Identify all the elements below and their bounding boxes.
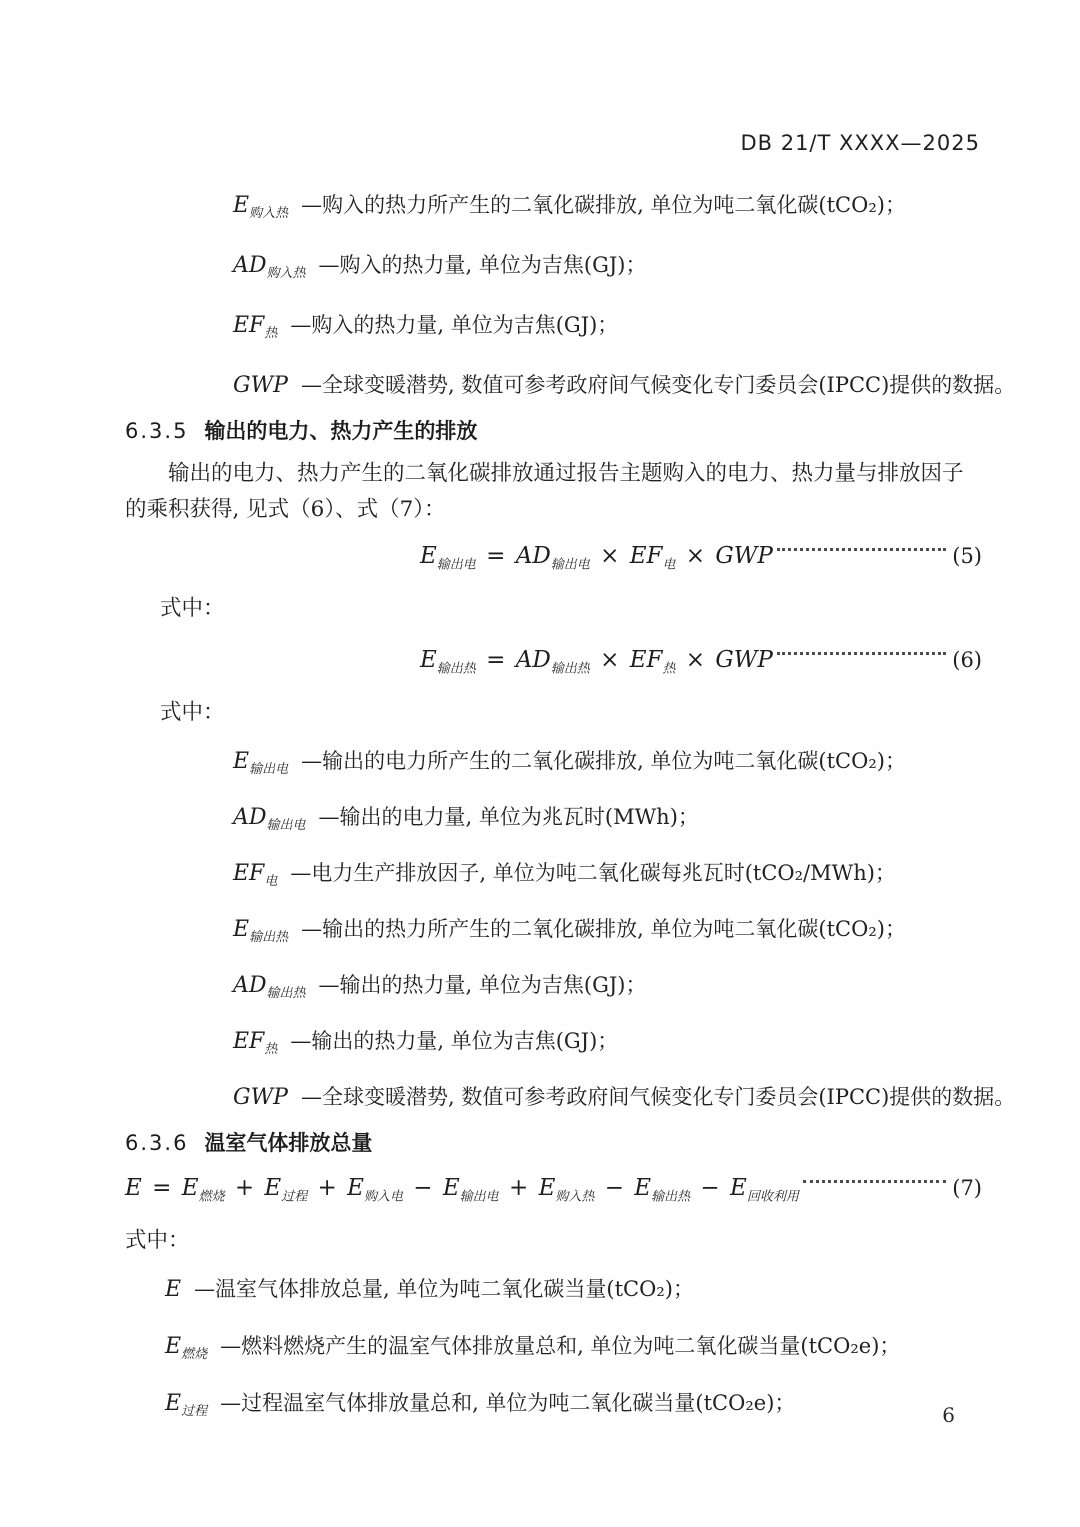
definition-subscript: 热 xyxy=(264,1042,277,1057)
formula-variable: E xyxy=(634,1175,651,1201)
definition-variable: E xyxy=(165,1391,181,1416)
definition-row: GWP—全球变暖潜势, 数值可参考政府间气候变化专门委员会(IPCC)提供的数据… xyxy=(125,368,982,402)
definition-text: —购入的热力量, 单位为吉焦(GJ)； xyxy=(319,253,647,277)
formula-6-number: (6) xyxy=(952,648,982,672)
definition-variable: E xyxy=(233,193,249,218)
definition-row: GWP—全球变暖潜势, 数值可参考政府间气候变化专门委员会(IPCC)提供的数据… xyxy=(125,1080,982,1114)
formula-variable: E xyxy=(420,543,437,569)
definition-subscript: 热 xyxy=(264,326,277,341)
section-title: 温室气体排放总量 xyxy=(204,1131,372,1155)
formula-operator: = xyxy=(476,647,516,673)
formula-operator: × xyxy=(590,647,630,673)
doc-code-header: DB 21/T XXXX—2025 xyxy=(740,131,980,155)
formula-operator: = xyxy=(142,1175,182,1201)
formula-operator: + xyxy=(225,1175,265,1201)
definition-row: E输出电—输出的电力所产生的二氧化碳排放, 单位为吨二氧化碳(tCO₂)； xyxy=(125,744,982,778)
formula-5-expression: E输出电 = AD输出电 × EF电 × GWP xyxy=(420,543,773,569)
definition-variable: EF xyxy=(233,861,264,886)
formula-subscript: 购入热 xyxy=(555,1190,594,1205)
definition-variable: AD xyxy=(233,253,267,278)
formula-operator: + xyxy=(307,1175,347,1201)
definition-text: —燃料燃烧产生的温室气体排放量总和, 单位为吨二氧化碳当量(tCO₂e)； xyxy=(220,1334,900,1358)
definition-variable: GWP xyxy=(233,1085,288,1110)
formula-variable: E xyxy=(420,647,437,673)
definition-variable: E xyxy=(233,749,249,774)
definition-subscript: 购入热 xyxy=(267,266,306,281)
section-heading-6-3-5: 6.3.5输出的电力、热力产生的排放 xyxy=(125,416,982,446)
definition-row: AD购入热—购入的热力量, 单位为吉焦(GJ)； xyxy=(125,248,982,282)
formula-variable: EF xyxy=(630,647,663,673)
formula-subscript: 热 xyxy=(662,662,675,677)
definition-variable: EF xyxy=(233,313,264,338)
definition-subscript: 燃烧 xyxy=(181,1347,207,1362)
formula-intro-label: 式中： xyxy=(125,698,982,728)
definition-subscript: 过程 xyxy=(181,1404,207,1419)
definition-text: —输出的热力量, 单位为吉焦(GJ)； xyxy=(290,1029,618,1053)
definition-variable: EF xyxy=(233,1029,264,1054)
formula-variable: E xyxy=(347,1175,364,1201)
definition-block-total: E—温室气体排放总量, 单位为吨二氧化碳当量(tCO₂)；E燃烧—燃料燃烧产生的… xyxy=(125,1272,982,1420)
formula-subscript: 过程 xyxy=(281,1190,307,1205)
formula-variable: E xyxy=(125,1175,142,1201)
definition-text: —温室气体排放总量, 单位为吨二氧化碳当量(tCO₂)； xyxy=(194,1277,694,1301)
formula-variable: E xyxy=(730,1175,747,1201)
section-number: 6.3.6 xyxy=(125,1131,188,1155)
definition-row: E购入热—购入的热力所产生的二氧化碳排放, 单位为吨二氧化碳(tCO₂)； xyxy=(125,188,982,222)
definition-subscript: 购入热 xyxy=(249,206,288,221)
formula-7-number: (7) xyxy=(952,1176,982,1200)
definition-row: E—温室气体排放总量, 单位为吨二氧化碳当量(tCO₂)； xyxy=(125,1272,982,1306)
definition-text: —全球变暖潜势, 数值可参考政府间气候变化专门委员会(IPCC)提供的数据。 xyxy=(301,1085,1015,1109)
section-number: 6.3.5 xyxy=(125,419,188,443)
formula-intro-label: 式中： xyxy=(125,594,982,624)
formula-5-number: (5) xyxy=(952,544,982,568)
definition-row: AD输出电—输出的电力量, 单位为兆瓦时(MWh)； xyxy=(125,800,982,834)
formula-subscript: 输出电 xyxy=(460,1190,499,1205)
definition-variable: E xyxy=(233,917,249,942)
formula-operator: − xyxy=(403,1175,443,1201)
definition-text: —购入的热力所产生的二氧化碳排放, 单位为吨二氧化碳(tCO₂)； xyxy=(301,193,906,217)
definition-row: E燃烧—燃料燃烧产生的温室气体排放量总和, 单位为吨二氧化碳当量(tCO₂e)； xyxy=(125,1329,982,1363)
definition-row: EF热—输出的热力量, 单位为吉焦(GJ)； xyxy=(125,1024,982,1058)
definition-row: AD输出热—输出的热力量, 单位为吉焦(GJ)； xyxy=(125,968,982,1002)
definition-row: EF电—电力生产排放因子, 单位为吨二氧化碳每兆瓦时(tCO₂/MWh)； xyxy=(125,856,982,890)
definition-variable: AD xyxy=(233,805,267,830)
formula-variable: E xyxy=(539,1175,556,1201)
definition-text: —电力生产排放因子, 单位为吨二氧化碳每兆瓦时(tCO₂/MWh)； xyxy=(290,861,896,885)
definition-block-purchased-heat: E购入热—购入的热力所产生的二氧化碳排放, 单位为吨二氧化碳(tCO₂)；AD购… xyxy=(125,188,982,402)
definition-text: —过程温室气体排放量总和, 单位为吨二氧化碳当量(tCO₂e)； xyxy=(220,1391,795,1415)
definition-variable: E xyxy=(165,1277,181,1302)
formula-operator: = xyxy=(476,543,516,569)
dotted-leader xyxy=(777,548,946,551)
formula-operator: × xyxy=(675,647,715,673)
definition-text: —输出的电力量, 单位为兆瓦时(MWh)； xyxy=(319,805,699,829)
section-heading-6-3-6: 6.3.6温室气体排放总量 xyxy=(125,1128,982,1158)
definition-subscript: 输出电 xyxy=(267,818,306,833)
formula-operator: − xyxy=(690,1175,730,1201)
formula-operator: × xyxy=(675,543,715,569)
formula-subscript: 回收利用 xyxy=(747,1190,799,1205)
definition-block-output: E输出电—输出的电力所产生的二氧化碳排放, 单位为吨二氧化碳(tCO₂)；AD输… xyxy=(125,744,982,1114)
formula-variable: GWP xyxy=(715,543,773,569)
definition-variable: E xyxy=(165,1334,181,1359)
definition-subscript: 输出电 xyxy=(249,762,288,777)
formula-variable: E xyxy=(182,1175,199,1201)
definition-text: —全球变暖潜势, 数值可参考政府间气候变化专门委员会(IPCC)提供的数据。 xyxy=(301,373,1015,397)
formula-operator: + xyxy=(499,1175,539,1201)
formula-intro-label: 式中： xyxy=(125,1226,982,1256)
document-page: DB 21/T XXXX—2025 E购入热—购入的热力所产生的二氧化碳排放, … xyxy=(0,0,1080,1527)
formula-6: E输出热 = AD输出热 × EF热 × GWP (6) xyxy=(125,640,982,680)
definition-subscript: 输出热 xyxy=(267,986,306,1001)
dotted-leader xyxy=(803,1180,946,1183)
formula-6-expression: E输出热 = AD输出热 × EF热 × GWP xyxy=(420,647,773,673)
definition-row: E输出热—输出的热力所产生的二氧化碳排放, 单位为吨二氧化碳(tCO₂)； xyxy=(125,912,982,946)
formula-variable: E xyxy=(443,1175,460,1201)
formula-variable: GWP xyxy=(715,647,773,673)
formula-subscript: 购入电 xyxy=(364,1190,403,1205)
dotted-leader xyxy=(777,652,946,655)
definition-row: EF热—购入的热力量, 单位为吉焦(GJ)； xyxy=(125,308,982,342)
section-6-3-5-paragraph: 输出的电力、热力产生的二氧化碳排放通过报告主题购入的电力、热力量与排放因子的乘积… xyxy=(125,456,982,528)
definition-text: —购入的热力量, 单位为吉焦(GJ)； xyxy=(290,313,618,337)
definition-variable: GWP xyxy=(233,373,288,398)
formula-subscript: 电 xyxy=(662,558,675,573)
formula-subscript: 输出热 xyxy=(437,662,476,677)
formula-subscript: 输出热 xyxy=(551,662,590,677)
formula-variable: AD xyxy=(516,647,551,673)
formula-7-expression: E = E燃烧 + E过程 + E购入电 − E输出电 + E购入热 − E输出… xyxy=(125,1175,799,1201)
definition-subscript: 电 xyxy=(264,874,277,889)
formula-subscript: 燃烧 xyxy=(199,1190,225,1205)
formula-7: E = E燃烧 + E过程 + E购入电 − E输出电 + E购入热 − E输出… xyxy=(125,1168,982,1208)
formula-variable: E xyxy=(264,1175,281,1201)
page-number: 6 xyxy=(942,1403,955,1427)
formula-variable: EF xyxy=(630,543,663,569)
section-title: 输出的电力、热力产生的排放 xyxy=(204,419,477,443)
definition-subscript: 输出热 xyxy=(249,930,288,945)
formula-operator: − xyxy=(594,1175,634,1201)
formula-subscript: 输出电 xyxy=(437,558,476,573)
formula-subscript: 输出电 xyxy=(551,558,590,573)
page-content: E购入热—购入的热力所产生的二氧化碳排放, 单位为吨二氧化碳(tCO₂)；AD购… xyxy=(125,188,982,1420)
formula-5: E输出电 = AD输出电 × EF电 × GWP (5) xyxy=(125,536,982,576)
formula-variable: AD xyxy=(516,543,551,569)
definition-text: —输出的电力所产生的二氧化碳排放, 单位为吨二氧化碳(tCO₂)； xyxy=(301,749,906,773)
definition-text: —输出的热力量, 单位为吉焦(GJ)； xyxy=(319,973,647,997)
formula-subscript: 输出热 xyxy=(651,1190,690,1205)
definition-text: —输出的热力所产生的二氧化碳排放, 单位为吨二氧化碳(tCO₂)； xyxy=(301,917,906,941)
formula-operator: × xyxy=(590,543,630,569)
definition-variable: AD xyxy=(233,973,267,998)
definition-row: E过程—过程温室气体排放量总和, 单位为吨二氧化碳当量(tCO₂e)； xyxy=(125,1386,982,1420)
